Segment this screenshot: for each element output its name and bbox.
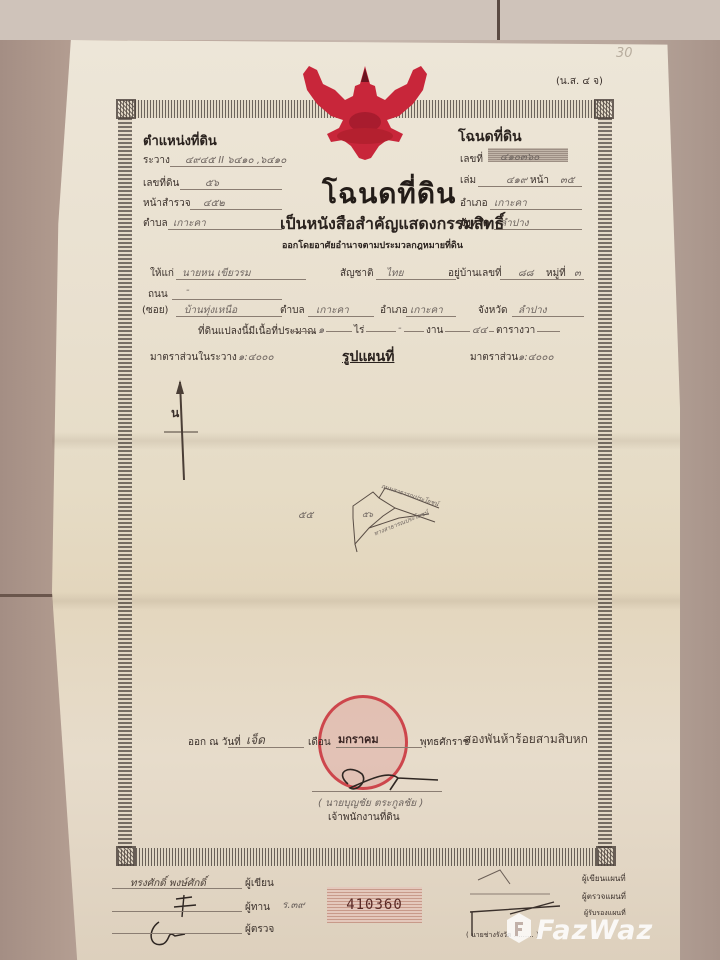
floor-edge [0,594,60,597]
border-corner [116,99,136,119]
form-code: (น.ส. ๔ จ) [556,74,603,89]
province-label: จังหวัด [478,303,507,318]
underline [308,316,374,317]
map-writer-label: ผู้เขียนแผนที่ [582,872,626,885]
area-ngan-label: งาน [424,323,445,338]
parcel-number-label: ๕๖ [362,508,373,521]
underline [112,888,242,889]
document-title: โฉนดที่ดิน [322,172,456,216]
underline [228,747,304,748]
underline [500,279,584,280]
underline [112,933,242,934]
official-signature [328,762,458,798]
left-border [118,118,132,850]
pencil-page-number: 30 [616,46,633,61]
area-ngan-value: - [396,323,404,334]
issue-year-value: สองพันห้าร้อยสามสิบหก [464,730,588,749]
serial-number-box: 410360 [327,887,422,923]
fazwaz-logo-icon [505,912,533,944]
map-scale-value: ๑:๔๐๐๐ [238,350,274,365]
fazwaz-watermark: FazWaz [536,915,653,946]
title-deed-heading: โฉนดที่ดิน [458,126,522,148]
underline [336,747,422,748]
verified-by-label: ผู้ตรวจ [245,922,274,937]
checked-by-label: ผู้ทาน [245,900,270,915]
field-label-survey-page: หน้าสำรวจ [143,196,191,211]
wall-seam [497,0,500,40]
tambon-label: ตำบล [280,303,305,318]
checked-number: ร.๓๙ [282,898,305,913]
area-rai-value: ๑ [316,323,326,338]
underline [112,911,242,912]
north-label: น [171,404,179,423]
plan-scale-value: ๑:๔๐๐๐ [518,350,554,365]
underline [170,166,282,167]
issued-by-statement: ออกโดยอาศัยอำนาจตามประมวลกฎหมายที่ดิน [282,238,463,252]
area-sqwa-value: ๔๔ [470,323,489,338]
area-rai-label: ไร่ [352,323,366,338]
soi-label: (ซอย) [142,303,168,318]
underline [494,229,582,230]
official-title: เจ้าพนักงานที่ดิน [328,810,400,825]
underline [168,229,282,230]
underline [180,189,282,190]
road-value: - [186,285,190,296]
land-location-heading: ตำแหน่งที่ดิน [143,130,217,151]
field-value-deed-no: ๔๑๐๓๖๐ [500,150,539,165]
underline [512,316,584,317]
border-corner [594,99,614,119]
underline [376,279,456,280]
amphoe-label: อำเภอ [380,303,408,318]
wall-background [0,0,720,40]
owner-prefix-label: ให้แก่ [150,266,174,281]
underline [176,279,306,280]
underline [176,316,282,317]
field-label-book: เล่ม [460,173,476,188]
field-label-parcel-no: เลขที่ดิน [143,176,179,191]
border-corner [116,846,136,866]
underline [172,299,282,300]
underline [478,186,582,187]
paper-fold [52,592,680,610]
right-border [598,118,612,850]
plan-heading: รูปแผนที่ [342,346,394,368]
north-arrow [160,380,200,490]
underline [312,791,442,792]
written-by-label: ผู้เขียน [245,876,274,891]
underline [490,209,582,210]
official-name: ( นายบุญชัย ตระกูลชัย ) [318,796,423,811]
neighbor-parcel-label: ๕๕ [298,508,313,523]
border-corner [596,846,616,866]
underline [190,209,282,210]
underline [406,316,456,317]
plan-scale-label: มาตราส่วน [470,350,518,365]
issue-month-label: เดือน [308,735,331,750]
verifier-signature [145,914,195,954]
field-label-map-sheet: ระวาง [143,153,170,168]
field-label-deed-no: เลขที่ [460,152,483,167]
paper-fold [52,432,680,450]
garuda-emblem [295,64,435,164]
document-subtitle: เป็นหนังสือสำคัญแสดงกรรมสิทธิ์ [280,212,504,237]
map-scale-label: มาตราส่วนในระวาง [150,350,237,365]
field-label-amphoe: อำเภอ [460,196,488,211]
field-label-tambon: ตำบล [143,216,168,231]
nationality-label: สัญชาติ [340,266,374,281]
issue-month-value: มกราคม [338,730,379,748]
area-sqwa-label: ตารางวา [494,323,537,338]
road-label: ถนน [148,287,168,302]
map-checker-label: ผู้ตรวจแผนที่ [582,890,626,903]
issue-year-label: พุทธศักราช [420,735,469,750]
house-no-label: อยู่บ้านเลขที่ [448,266,502,281]
